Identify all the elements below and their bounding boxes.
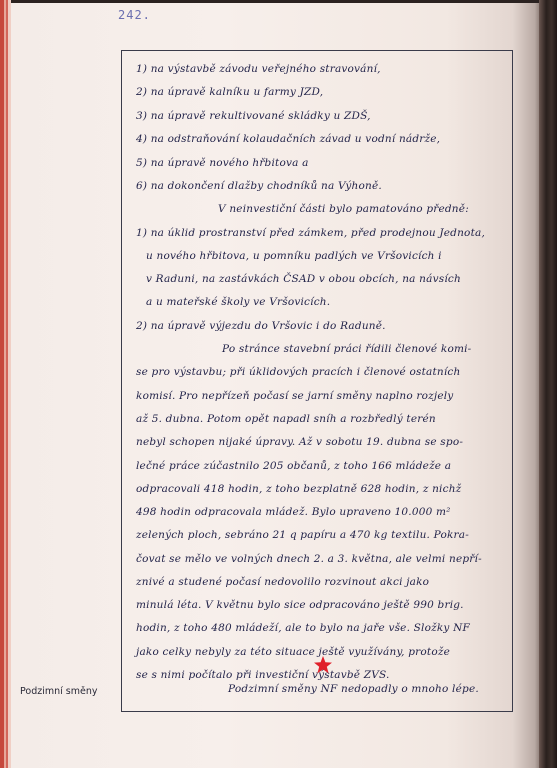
content-frame bbox=[121, 50, 513, 712]
paragraph-line: se s nimi počítalo při investiční výstav… bbox=[136, 669, 390, 681]
list-item-continuation: a u mateřské školy ve Vršovicích. bbox=[146, 296, 330, 308]
closing-line: Podzimní směny NF nedopadly o mnoho lépe… bbox=[228, 683, 479, 695]
list-item: 2) na úpravě výjezdu do Vršovic i do Rad… bbox=[136, 320, 386, 332]
red-star-icon bbox=[313, 655, 333, 675]
page-number: 242. bbox=[118, 8, 151, 22]
paragraph-line: minulá léta. V květnu bylo sice odpracov… bbox=[136, 599, 464, 611]
paragraph-line: čovat se mělo ve volných dnech 2. a 3. k… bbox=[136, 553, 482, 565]
list-item: 1) na úklid prostranství před zámkem, př… bbox=[136, 227, 485, 239]
paragraph-line: komisí. Pro nepřízeň počasí se jarní smě… bbox=[136, 390, 453, 402]
list-item-continuation: u nového hřbitova, u pomníku padlých ve … bbox=[146, 250, 442, 262]
list-item: 5) na úpravě nového hřbitova a bbox=[136, 157, 309, 169]
margin-note: Podzimní směny bbox=[20, 686, 97, 697]
book-spine-edge bbox=[8, 0, 11, 768]
list-item: 3) na úpravě rekultivované skládky u ZDŠ… bbox=[136, 110, 371, 122]
paragraph-line: odpracovali 418 hodin, z toho bezplatně … bbox=[136, 483, 461, 495]
paragraph-line: Po stránce stavební práci řídili členové… bbox=[222, 343, 471, 355]
paragraph-line: znivé a studené počasí nedovolilo rozvin… bbox=[136, 576, 429, 588]
paragraph-line: zelených ploch, sebráno 21 q papíru a 47… bbox=[136, 529, 469, 541]
paragraph-line: jako celky nebyly za této situace ještě … bbox=[136, 646, 450, 658]
paragraph-line: se pro výstavbu; při úklidových pracích … bbox=[136, 366, 460, 378]
paragraph-line: až 5. dubna. Potom opět napadl sníh a ro… bbox=[136, 413, 436, 425]
paragraph-line: lečné práce zúčastnilo 205 občanů, z toh… bbox=[136, 460, 451, 472]
section-intro: V neinvestiční části bylo pamatováno pře… bbox=[218, 203, 469, 215]
paragraph-line: hodin, z toho 480 mládeží, ale to bylo n… bbox=[136, 622, 470, 634]
list-item-continuation: v Raduni, na zastávkách ČSAD v obou obcí… bbox=[146, 273, 461, 285]
list-item: 2) na úpravě kalníku u farmy JZD, bbox=[136, 86, 323, 98]
book-gutter-shadow bbox=[539, 0, 557, 768]
top-shadow bbox=[0, 0, 557, 3]
list-item: 6) na dokončení dlažby chodníků na Výhon… bbox=[136, 180, 382, 192]
paragraph-line: nebyl schopen nijaké úpravy. Až v sobotu… bbox=[136, 436, 463, 448]
list-item: 1) na výstavbě závodu veřejného stravová… bbox=[136, 63, 381, 75]
paragraph-line: 498 hodin odpracovala mládež. Bylo uprav… bbox=[136, 506, 451, 518]
list-item: 4) na odstraňování kolaudačních závad u … bbox=[136, 133, 440, 145]
